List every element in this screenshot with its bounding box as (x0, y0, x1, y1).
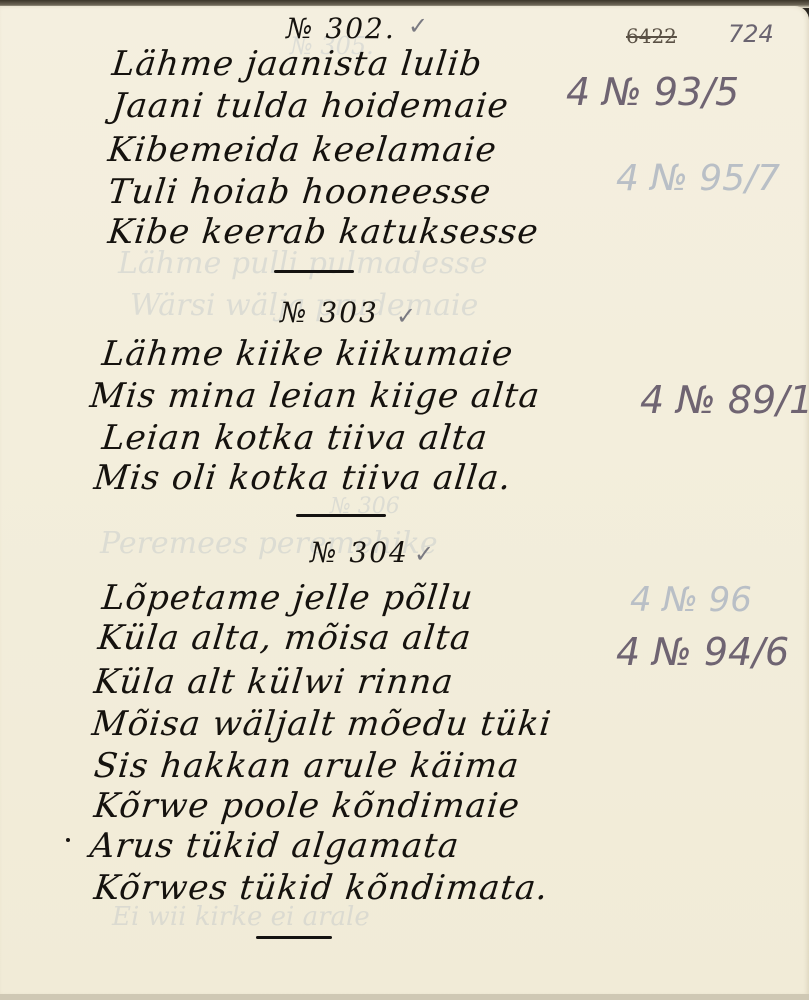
verse-line: Tuli hoiab hooneesse (106, 172, 493, 212)
verse-line: Lõpetame jelle põllu (100, 578, 475, 618)
scan-bottom-edge (0, 994, 809, 1000)
checkmark-icon: ✓ (408, 12, 429, 40)
verse-line: Kõrwe poole kõndimaie (92, 786, 522, 826)
margin-reference: 4 № 93/5 (566, 70, 739, 114)
verse-line: Arus tükid algamata (88, 826, 461, 866)
section-divider (296, 514, 386, 517)
verse-line: Kõrwes tükid kõndimata. (92, 868, 550, 908)
verse-line: Jaani tulda hoidemaie (110, 86, 511, 126)
margin-dot (66, 838, 70, 842)
archive-page-number: 724 (728, 20, 774, 48)
end-divider (256, 936, 332, 939)
verse-line: Leian kotka tiiva alta (100, 418, 490, 458)
manuscript-page: № 305. Lähme pulli pulmadesse Wärsi wälj… (0, 6, 809, 996)
margin-reference: 4 № 89/1 (640, 378, 809, 422)
verse-line: Mis mina leian kiige alta (88, 376, 542, 416)
verse-line: Kibemeida keelamaie (106, 130, 499, 170)
song-heading: № 304 (310, 536, 409, 569)
margin-reference-faint: 4 № 96 (630, 580, 752, 620)
verse-line: Küla alta, mõisa alta (96, 618, 474, 658)
checkmark-icon: ✓ (396, 302, 417, 330)
section-divider (274, 270, 354, 273)
song-heading: № 303 (280, 296, 379, 329)
verse-line: Mis oli kotka tiiva alla. (92, 458, 513, 498)
checkmark-icon: ✓ (414, 540, 435, 568)
verse-line: Kibe keerab katuksesse (106, 212, 541, 252)
song-heading: № 302. (286, 12, 396, 45)
margin-reference: 4 № 94/6 (616, 630, 789, 674)
verse-line: Küla alt külwi rinna (92, 662, 456, 702)
archive-number-struck: 6422 (626, 24, 677, 48)
verse-line: Sis hakkan arule käima (92, 746, 521, 786)
verse-line: Lähme jaanista lulib (110, 44, 484, 84)
verse-line: Mõisa wäljalt mõedu tüki (90, 704, 554, 744)
verse-line: Lähme kiike kiikumaie (100, 334, 515, 374)
margin-reference-faint: 4 № 95/7 (616, 158, 780, 199)
